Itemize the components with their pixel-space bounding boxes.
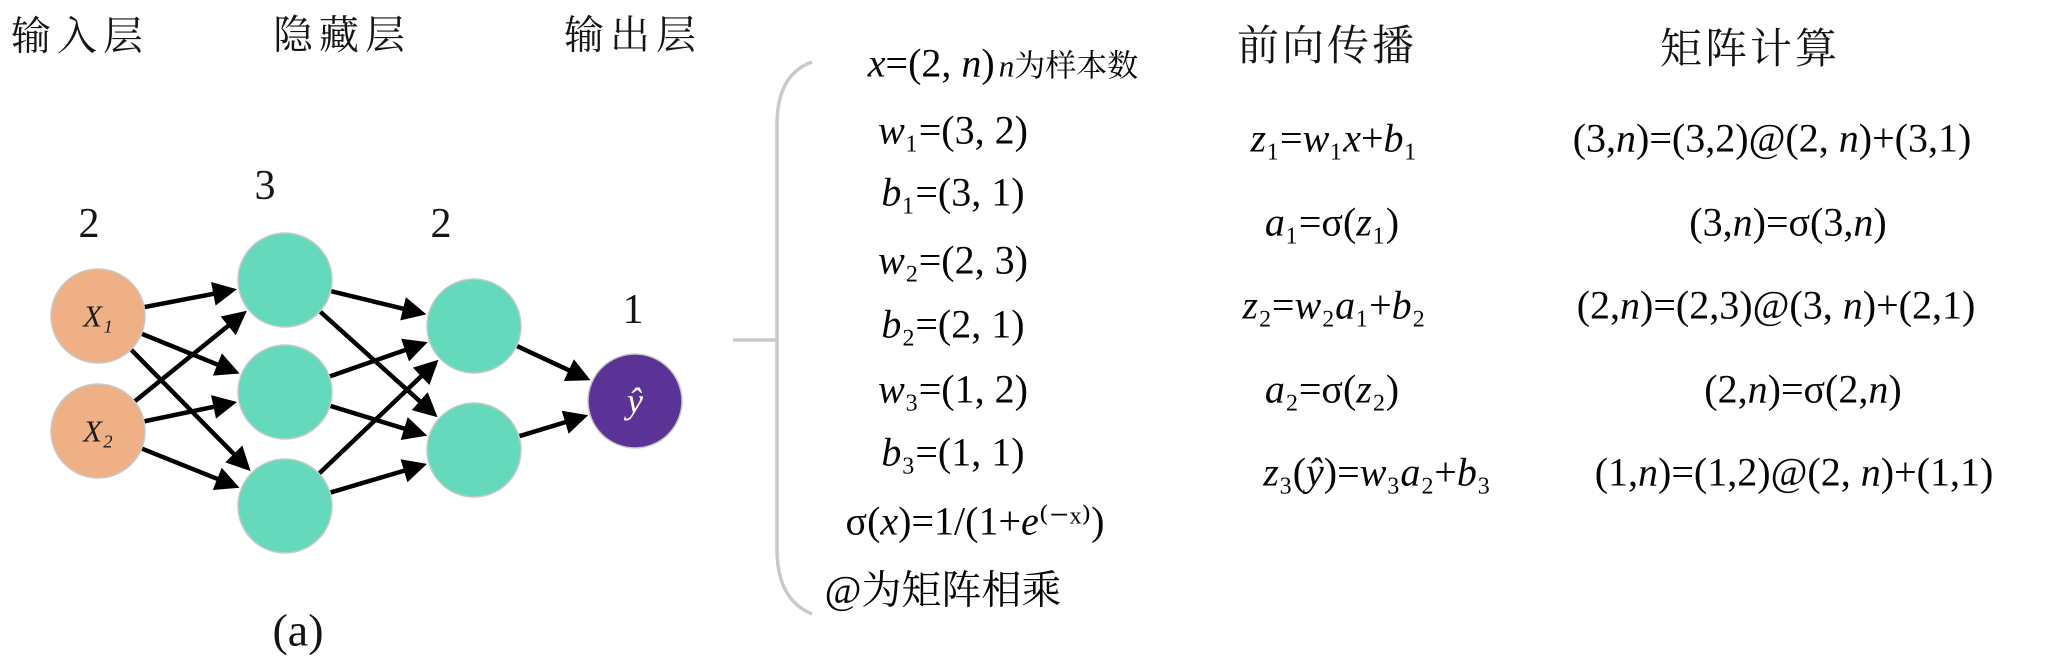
node-label-x2: X₂ bbox=[81, 414, 113, 449]
output-layer-label: 输出层 bbox=[564, 4, 702, 61]
input-layer-label: 输入层 bbox=[11, 5, 149, 62]
node-h2a bbox=[427, 279, 521, 373]
hidden2-count-label: 2 bbox=[431, 200, 452, 248]
matmul-note: @为矩阵相乘 bbox=[825, 559, 1062, 616]
output-count-label: 1 bbox=[623, 286, 644, 334]
forward-z1: z₁=w₁x+b₁ bbox=[1250, 115, 1417, 162]
matrix-row-3: (2,n)=(2,3)@(3, n)+(2,1) bbox=[1577, 282, 1976, 329]
param-b3: b₃=(1, 1) bbox=[881, 429, 1024, 476]
param-input-note: n为样本数 bbox=[999, 49, 1139, 84]
hidden1-count-label: 3 bbox=[255, 162, 276, 210]
forward-z3: z₃(ŷ)=w₃a₂+b₃ bbox=[1263, 449, 1491, 496]
param-b1: b₁=(3, 1) bbox=[881, 169, 1024, 216]
matrix-row-4: (2,n)=σ(2,n) bbox=[1704, 366, 1901, 413]
node-h2b bbox=[427, 403, 521, 497]
node-h1c bbox=[238, 459, 332, 553]
node-h1a bbox=[238, 233, 332, 327]
forward-z2: z₂=w₂a₁+b₂ bbox=[1242, 282, 1425, 329]
param-w2: w₂=(2, 3) bbox=[878, 237, 1028, 284]
hidden-layer-label: 隐藏层 bbox=[273, 4, 411, 61]
param-input-shape-row: x=(2, n) n为样本数 bbox=[868, 40, 1138, 87]
param-w1: w₁=(3, 2) bbox=[878, 107, 1028, 154]
input-count-label: 2 bbox=[79, 200, 100, 248]
forward-a2: a₂=σ(z₂) bbox=[1265, 366, 1399, 413]
matrix-row-5: (1,n)=(1,2)@(2, n)+(1,1) bbox=[1595, 449, 1994, 496]
param-w3: w₃=(1, 2) bbox=[878, 366, 1028, 413]
figure-canvas: X₁X₂ŷ 输入层 隐藏层 输出层 2 3 2 1 (a) x=(2, n) n… bbox=[0, 0, 2072, 671]
grouping-brace bbox=[733, 62, 812, 614]
sigmoid-definition: σ(x)=1/(1+e⁽⁻ˣ⁾) bbox=[846, 498, 1105, 545]
subfigure-caption: (a) bbox=[272, 604, 323, 657]
matrix-row-2: (3,n)=σ(3,n) bbox=[1689, 199, 1886, 246]
forward-a1: a₁=σ(z₁) bbox=[1265, 199, 1399, 246]
node-h1b bbox=[238, 345, 332, 439]
param-b2: b₂=(2, 1) bbox=[881, 301, 1024, 348]
node-label-out: ŷ bbox=[624, 381, 643, 421]
node-label-x1: X₁ bbox=[81, 299, 113, 334]
matrix-computation-header: 矩阵计算 bbox=[1660, 16, 1840, 76]
matrix-row-1: (3,n)=(3,2)@(2, n)+(3,1) bbox=[1573, 115, 1972, 162]
param-input-shape: x=(2, n) bbox=[868, 41, 995, 86]
forward-propagation-header: 前向传播 bbox=[1237, 13, 1417, 73]
